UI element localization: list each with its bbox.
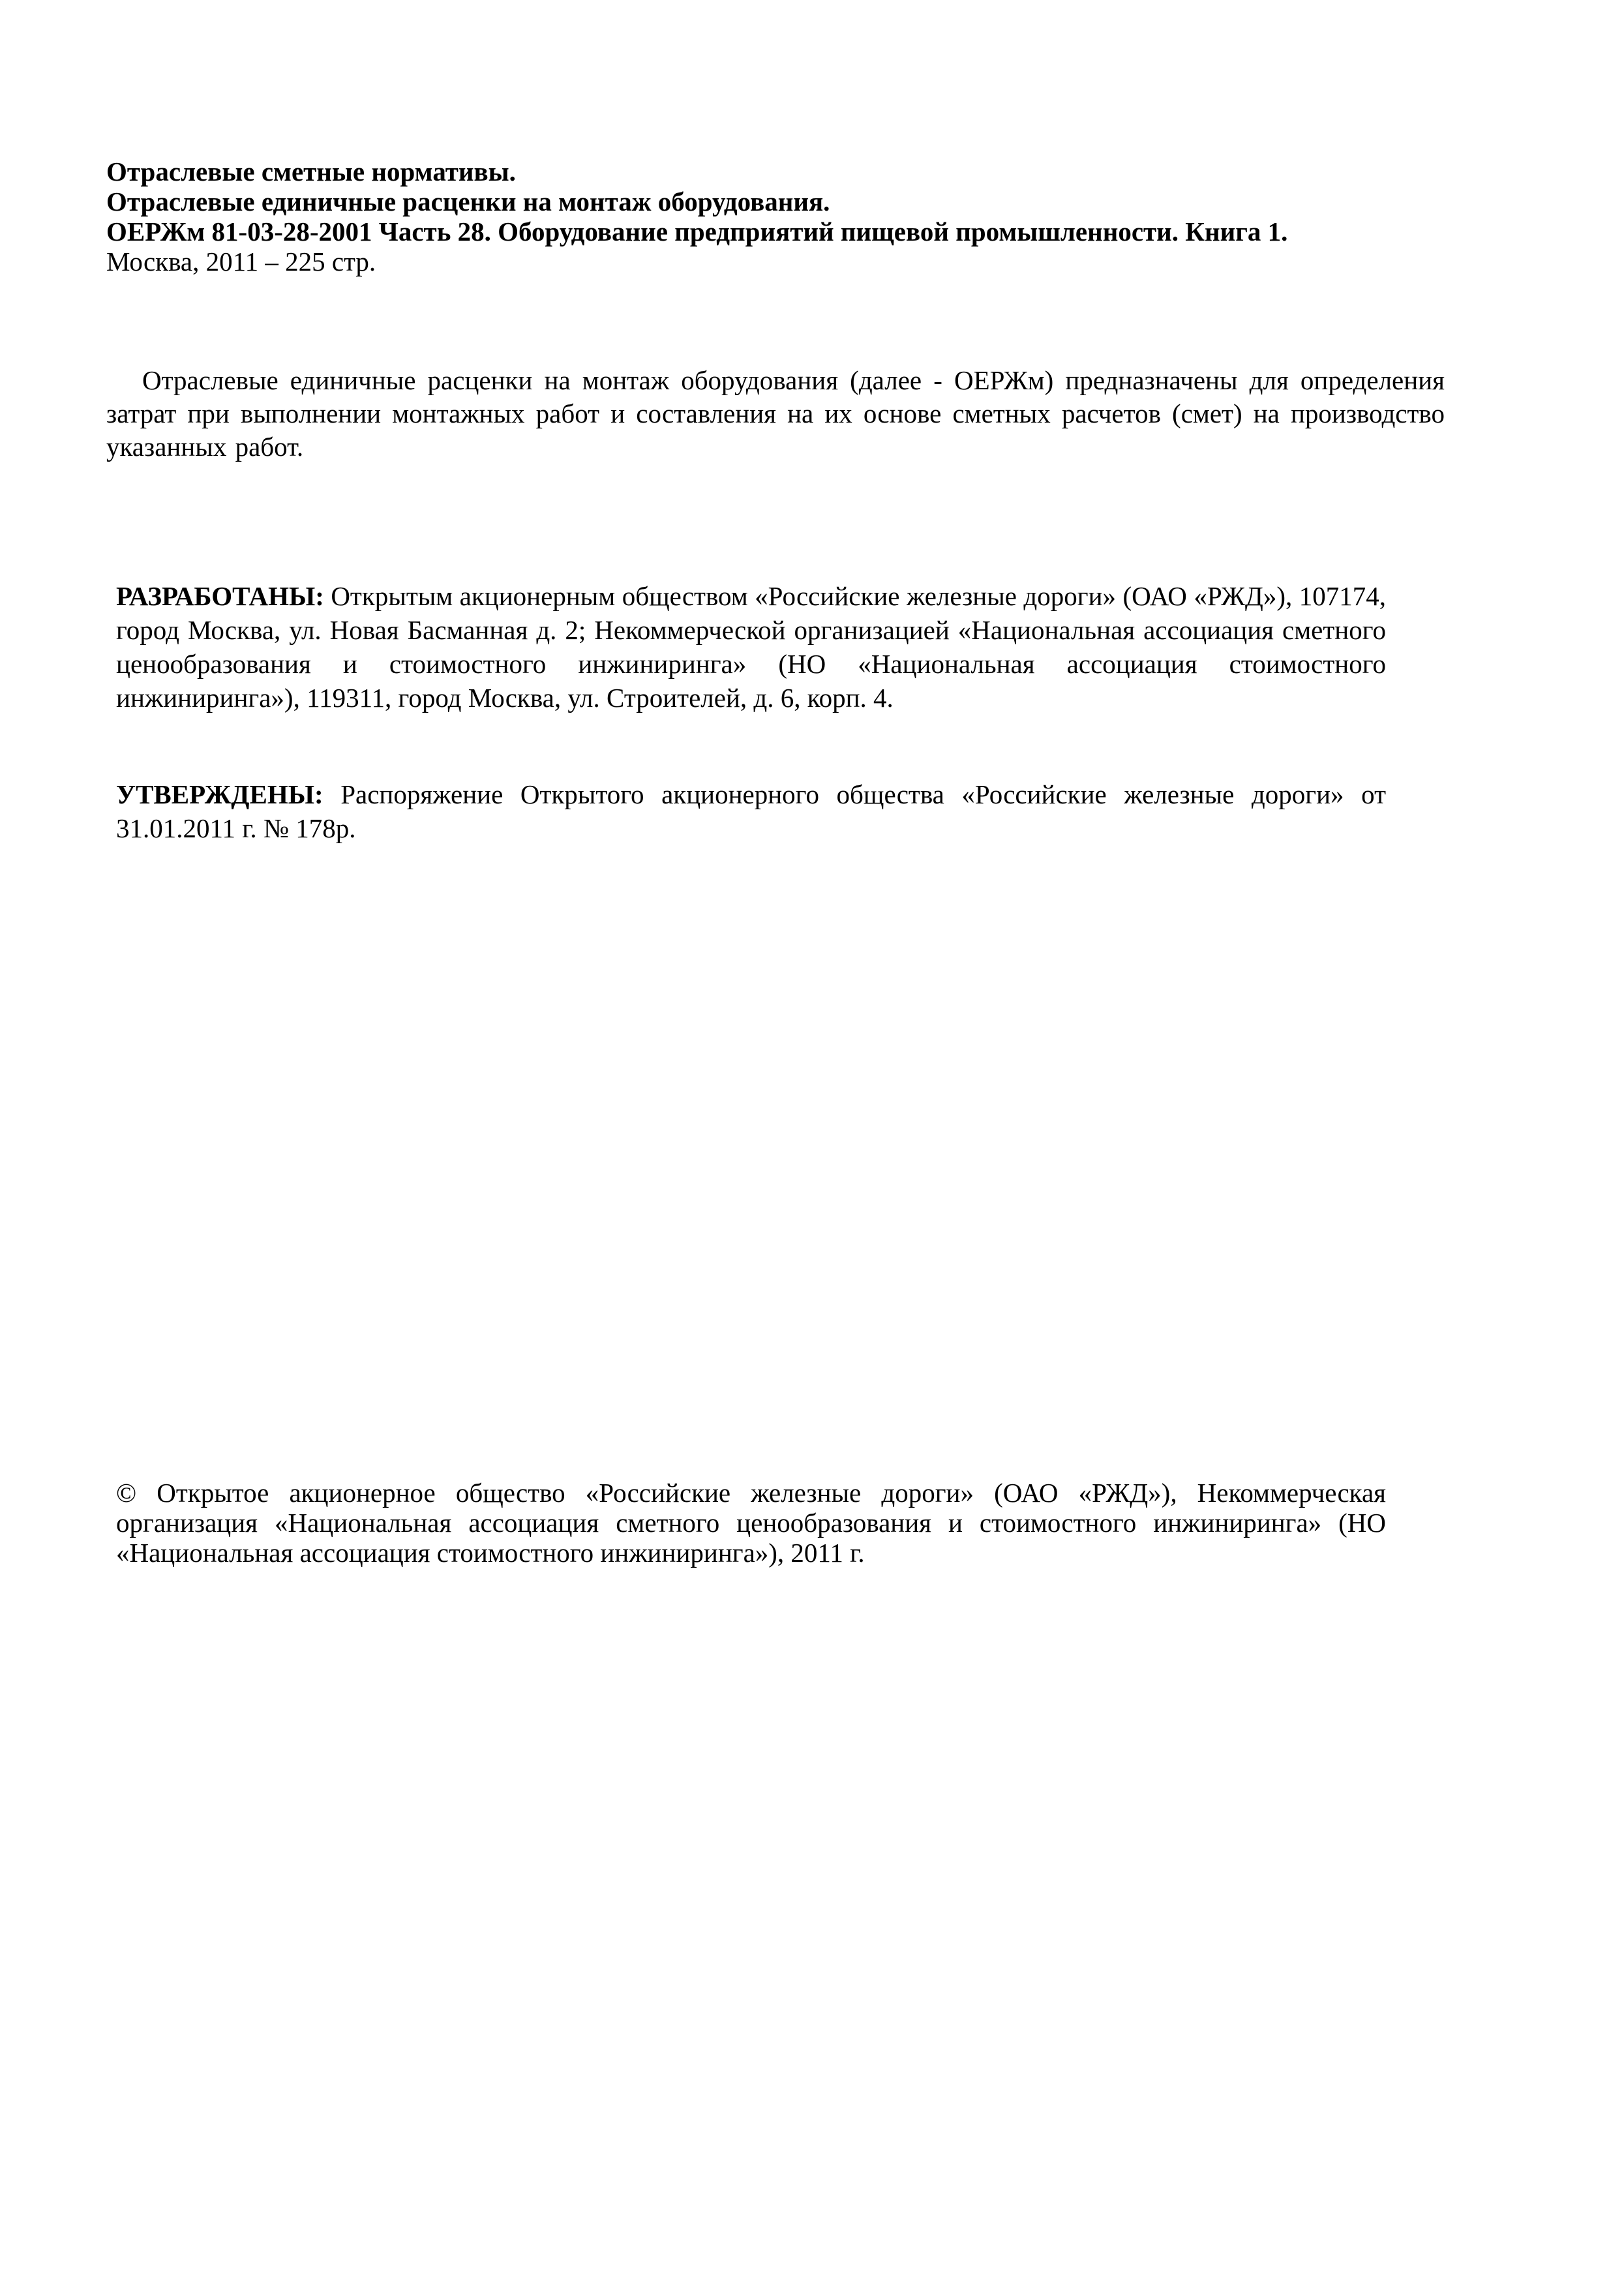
approved-paragraph: УТВЕРЖДЕНЫ: Распоряжение Открытого акцио… xyxy=(116,777,1386,845)
bibliographic-header: Отраслевые сметные нормативы. Отраслевые… xyxy=(106,157,1476,277)
header-title-rates: Отраслевые единичные расценки на монтаж … xyxy=(106,187,1476,217)
developed-by-paragraph: РАЗРАБОТАНЫ: Открытым акционерным общест… xyxy=(116,579,1386,715)
copyright-paragraph: © Открытое акционерное общество «Российс… xyxy=(116,1478,1386,1568)
intro-paragraph: Отраслевые единичные расценки на монтаж … xyxy=(106,364,1445,464)
copyright-text: Открытое акционерное общество «Российски… xyxy=(116,1478,1386,1568)
developed-by-label: РАЗРАБОТАНЫ: xyxy=(116,581,324,611)
copyright-icon: © xyxy=(116,1478,136,1508)
header-title-part: ОЕРЖм 81-03-28-2001 Часть 28. Оборудован… xyxy=(106,217,1476,247)
header-publication-info: Москва, 2011 – 225 стр. xyxy=(106,247,1476,277)
header-title-standards: Отраслевые сметные нормативы. xyxy=(106,157,1476,187)
approved-label: УТВЕРЖДЕНЫ: xyxy=(116,779,323,809)
